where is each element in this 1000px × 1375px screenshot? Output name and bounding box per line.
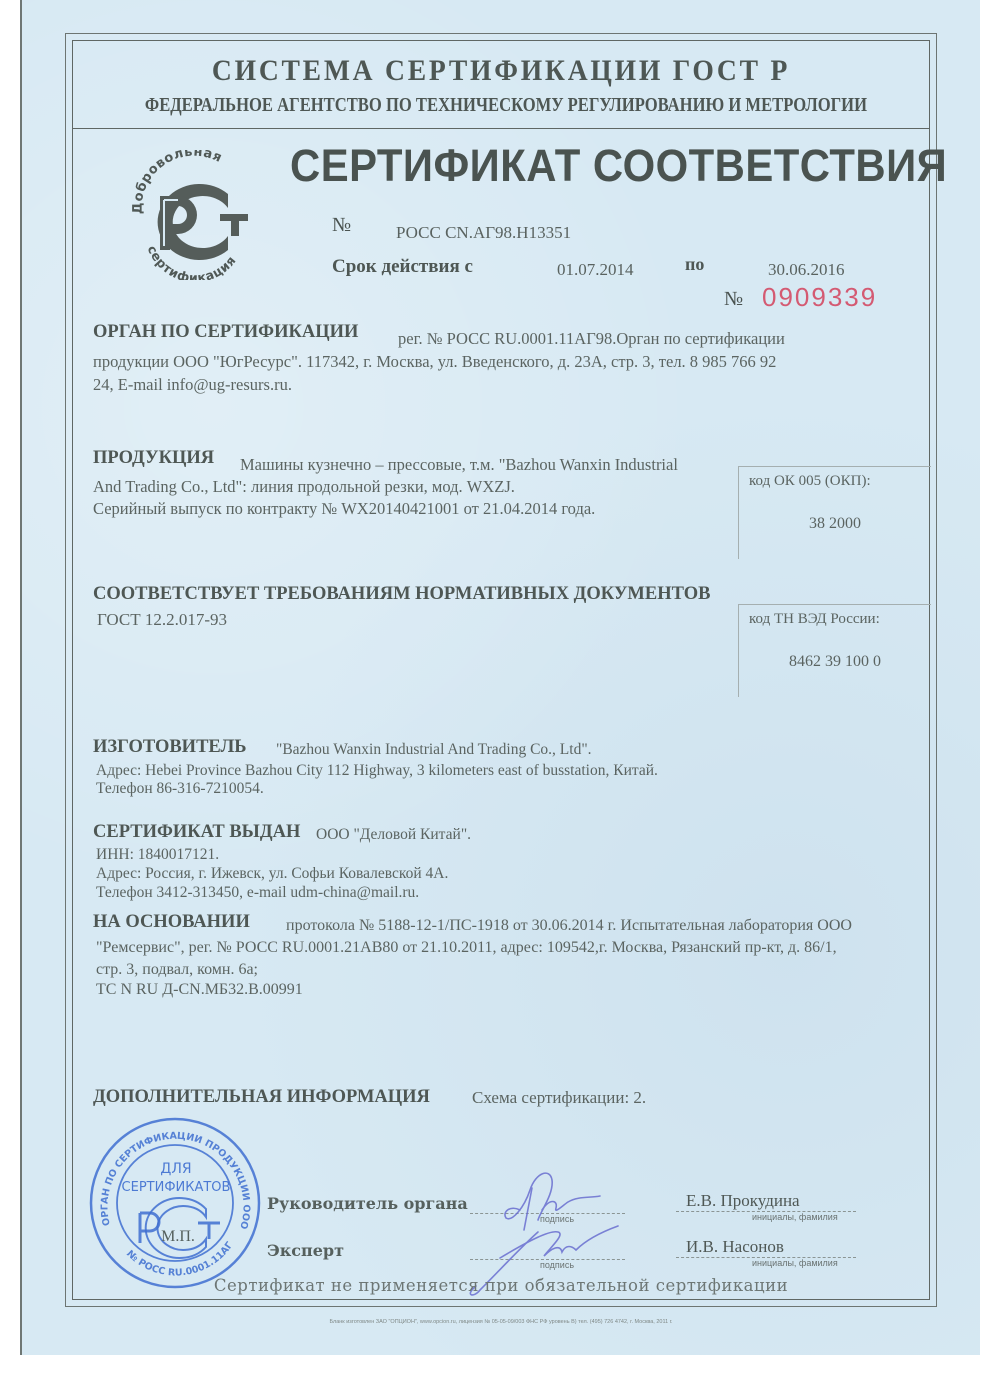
stamp-center-line2: СЕРТИФИКАТОВ bbox=[122, 1180, 231, 1195]
form-number: 0909339 bbox=[762, 282, 877, 313]
expert-name-caption: инициалы, фамилия bbox=[752, 1258, 838, 1268]
certification-scheme: Схема сертификации: 2. bbox=[472, 1088, 646, 1108]
voluntary-only-note: Сертификат не применяется при обязательн… bbox=[72, 1276, 930, 1295]
issued-to-address: Адрес: Россия, г. Ижевск, ул. Софьи Кова… bbox=[96, 865, 448, 883]
issued-to-contacts: Телефон 3412-313450, e-mail udm-china@ma… bbox=[96, 884, 419, 902]
basis-line: "Ремсервис", рег. № РОСС RU.0001.21АВ80 … bbox=[96, 939, 837, 957]
form-number-sign: № bbox=[724, 288, 743, 311]
tnved-code-box: код ТН ВЭД России: 8462 39 100 0 bbox=[738, 604, 931, 697]
certificate-number: РОСС CN.АГ98.Н13351 bbox=[396, 223, 571, 243]
basis-line: ТС N RU Д-CN.МБ32.В.00991 bbox=[96, 981, 303, 999]
tnved-code: 8462 39 100 0 bbox=[739, 653, 931, 671]
certification-body-line: рег. № РОСС RU.0001.11АГ98.Орган по серт… bbox=[398, 329, 785, 349]
okp-code-box: код ОК 005 (ОКП): 38 2000 bbox=[738, 466, 931, 559]
official-seal-stamp-icon: ОРГАН ПО СЕРТИФИКАЦИИ ПРОДУКЦИИ ООО "ЮГР… bbox=[88, 1115, 263, 1290]
basis-line: стр. 3, подвал, комн. 6а; bbox=[96, 961, 258, 979]
okp-caption: код ОК 005 (ОКП): bbox=[749, 473, 871, 490]
valid-from: 01.07.2014 bbox=[557, 260, 634, 280]
issued-to-label: СЕРТИФИКАТ ВЫДАН bbox=[93, 822, 300, 843]
to-label: по bbox=[685, 254, 704, 275]
valid-to: 30.06.2016 bbox=[768, 260, 845, 280]
certification-body-line: продукции ООО "ЮгРесурс". 117342, г. Мос… bbox=[93, 352, 776, 372]
basis-label: НА ОСНОВАНИИ bbox=[93, 912, 250, 933]
product-label: ПРОДУКЦИЯ bbox=[93, 448, 214, 469]
head-name-caption: инициалы, фамилия bbox=[752, 1212, 838, 1222]
basis-line: протокола № 5188-12-1/ПС-1918 от 30.06.2… bbox=[286, 917, 852, 935]
issued-to-inn: ИНН: 1840017121. bbox=[96, 846, 219, 864]
manufacturer-phone: Телефон 86-316-7210054. bbox=[96, 780, 264, 798]
header-divider bbox=[72, 128, 930, 129]
number-sign: № bbox=[332, 214, 351, 237]
okp-code: 38 2000 bbox=[739, 515, 931, 533]
tnved-caption: код ТН ВЭД России: bbox=[749, 611, 880, 628]
seal-mark: М.П. bbox=[161, 1228, 195, 1245]
head-of-body-name: Е.В. Прокудина bbox=[686, 1191, 800, 1211]
rst-voluntary-certification-logo-icon: Добровольная сертификация bbox=[128, 150, 258, 280]
product-line: And Trading Co., Ltd": линия продольной … bbox=[93, 477, 515, 497]
form-print-info: Бланк изготовлен ЗАО "ОПЦИОН", www.opcio… bbox=[72, 1319, 930, 1325]
document-title: СЕРТИФИКАТ СООТВЕТСТВИЯ bbox=[290, 140, 947, 192]
stamp-center-line1: ДЛЯ bbox=[160, 1161, 191, 1177]
agency-name: ФЕДЕРАЛЬНОЕ АГЕНТСТВО ПО ТЕХНИЧЕСКОМУ РЕ… bbox=[145, 94, 857, 117]
head-of-body-role: Руководитель органа bbox=[267, 1194, 468, 1213]
system-title: СИСТЕМА СЕРТИФИКАЦИИ ГОСТ Р bbox=[106, 54, 895, 88]
additional-info-label: ДОПОЛНИТЕЛЬНАЯ ИНФОРМАЦИЯ bbox=[93, 1087, 430, 1108]
manufacturer-address: Адрес: Hebei Province Bazhou City 112 Hi… bbox=[96, 762, 658, 780]
product-line: Машины кузнечно – прессовые, т.м. "Bazho… bbox=[240, 455, 678, 475]
compliance-label: СООТВЕТСТВУЕТ ТРЕБОВАНИЯМ НОРМАТИВНЫХ ДО… bbox=[93, 584, 710, 605]
certification-body-label: ОРГАН ПО СЕРТИФИКАЦИИ bbox=[93, 322, 358, 343]
product-line: Серийный выпуск по контракту № WX2014042… bbox=[93, 499, 595, 519]
issued-to-name: ООО "Деловой Китай". bbox=[316, 826, 471, 844]
expert-role: Эксперт bbox=[267, 1241, 344, 1260]
expert-name: И.В. Насонов bbox=[686, 1237, 784, 1257]
certification-body-line: 24, E-mail info@ug-resurs.ru. bbox=[93, 375, 292, 395]
manufacturer-name: "Bazhou Wanxin Industrial And Trading Co… bbox=[276, 741, 592, 759]
validity-label: Срок действия с bbox=[332, 256, 473, 278]
compliance-standard: ГОСТ 12.2.017-93 bbox=[97, 610, 227, 630]
manufacturer-label: ИЗГОТОВИТЕЛЬ bbox=[93, 737, 247, 758]
